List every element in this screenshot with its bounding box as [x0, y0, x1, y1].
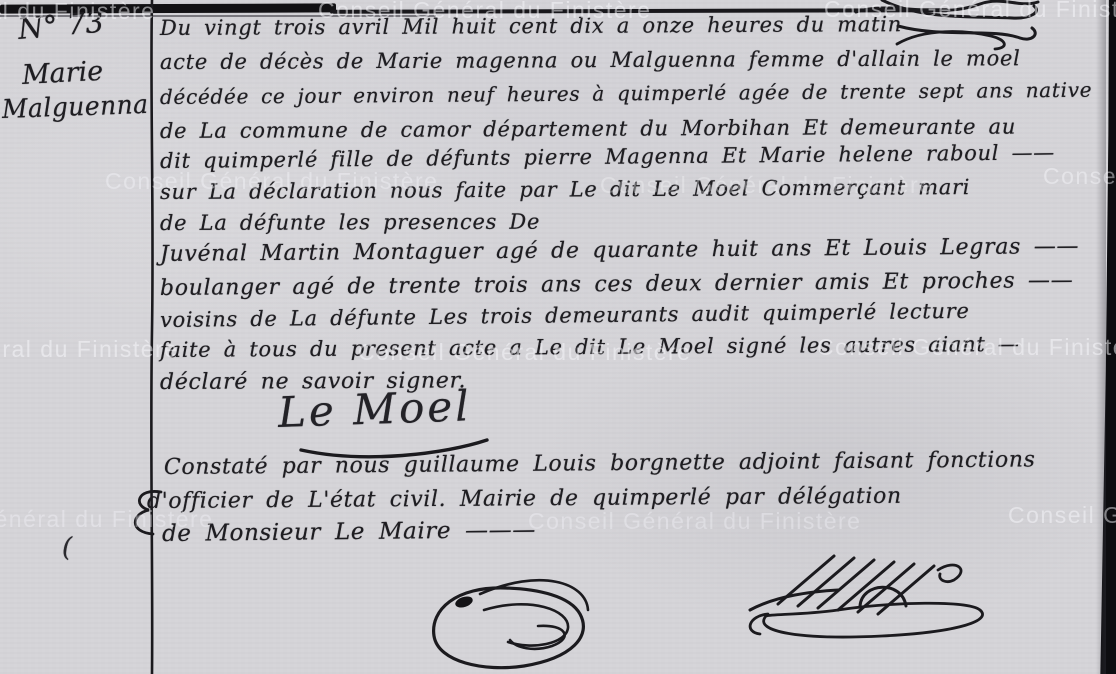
archive-watermark: Conseil Général du Finistère	[1043, 163, 1116, 190]
closing-text-line: Constaté par nous guillaume Louis borgne…	[164, 447, 1036, 480]
deceased-name-line1: Marie	[21, 56, 104, 91]
margin-paren-mark: (	[62, 533, 72, 563]
archive-watermark: Conseil Général du Finistère	[817, 334, 1116, 361]
official-signature-scrawl	[742, 540, 1007, 650]
archive-watermark: Conseil Général du Finistère	[318, 0, 651, 24]
archive-watermark: Conseil Général du Finistère	[105, 168, 438, 195]
paraph-flourish	[420, 576, 610, 674]
archive-watermark: Conseil Général du Finistère	[0, 506, 213, 533]
scanned-death-record-page: Conseil Général du Finistère Conseil Gén…	[0, 0, 1116, 674]
archive-watermark: Conseil Général du Finistère	[0, 0, 155, 25]
archive-watermark: Conseil Général du Finistère	[0, 336, 178, 363]
archive-watermark: Conseil Général du Finistère	[1008, 502, 1116, 529]
closing-text-line: de Monsieur Le Maire ———	[162, 517, 536, 547]
archive-watermark: Conseil Général du Finistère	[358, 339, 691, 366]
deceased-name-line2: Malguenna	[1, 90, 149, 125]
archive-watermark: Conseil Général du Finistère	[600, 172, 933, 199]
archive-watermark: Conseil Général du Finistère	[824, 0, 1116, 23]
archive-watermark: Conseil Général du Finistère	[528, 508, 861, 535]
